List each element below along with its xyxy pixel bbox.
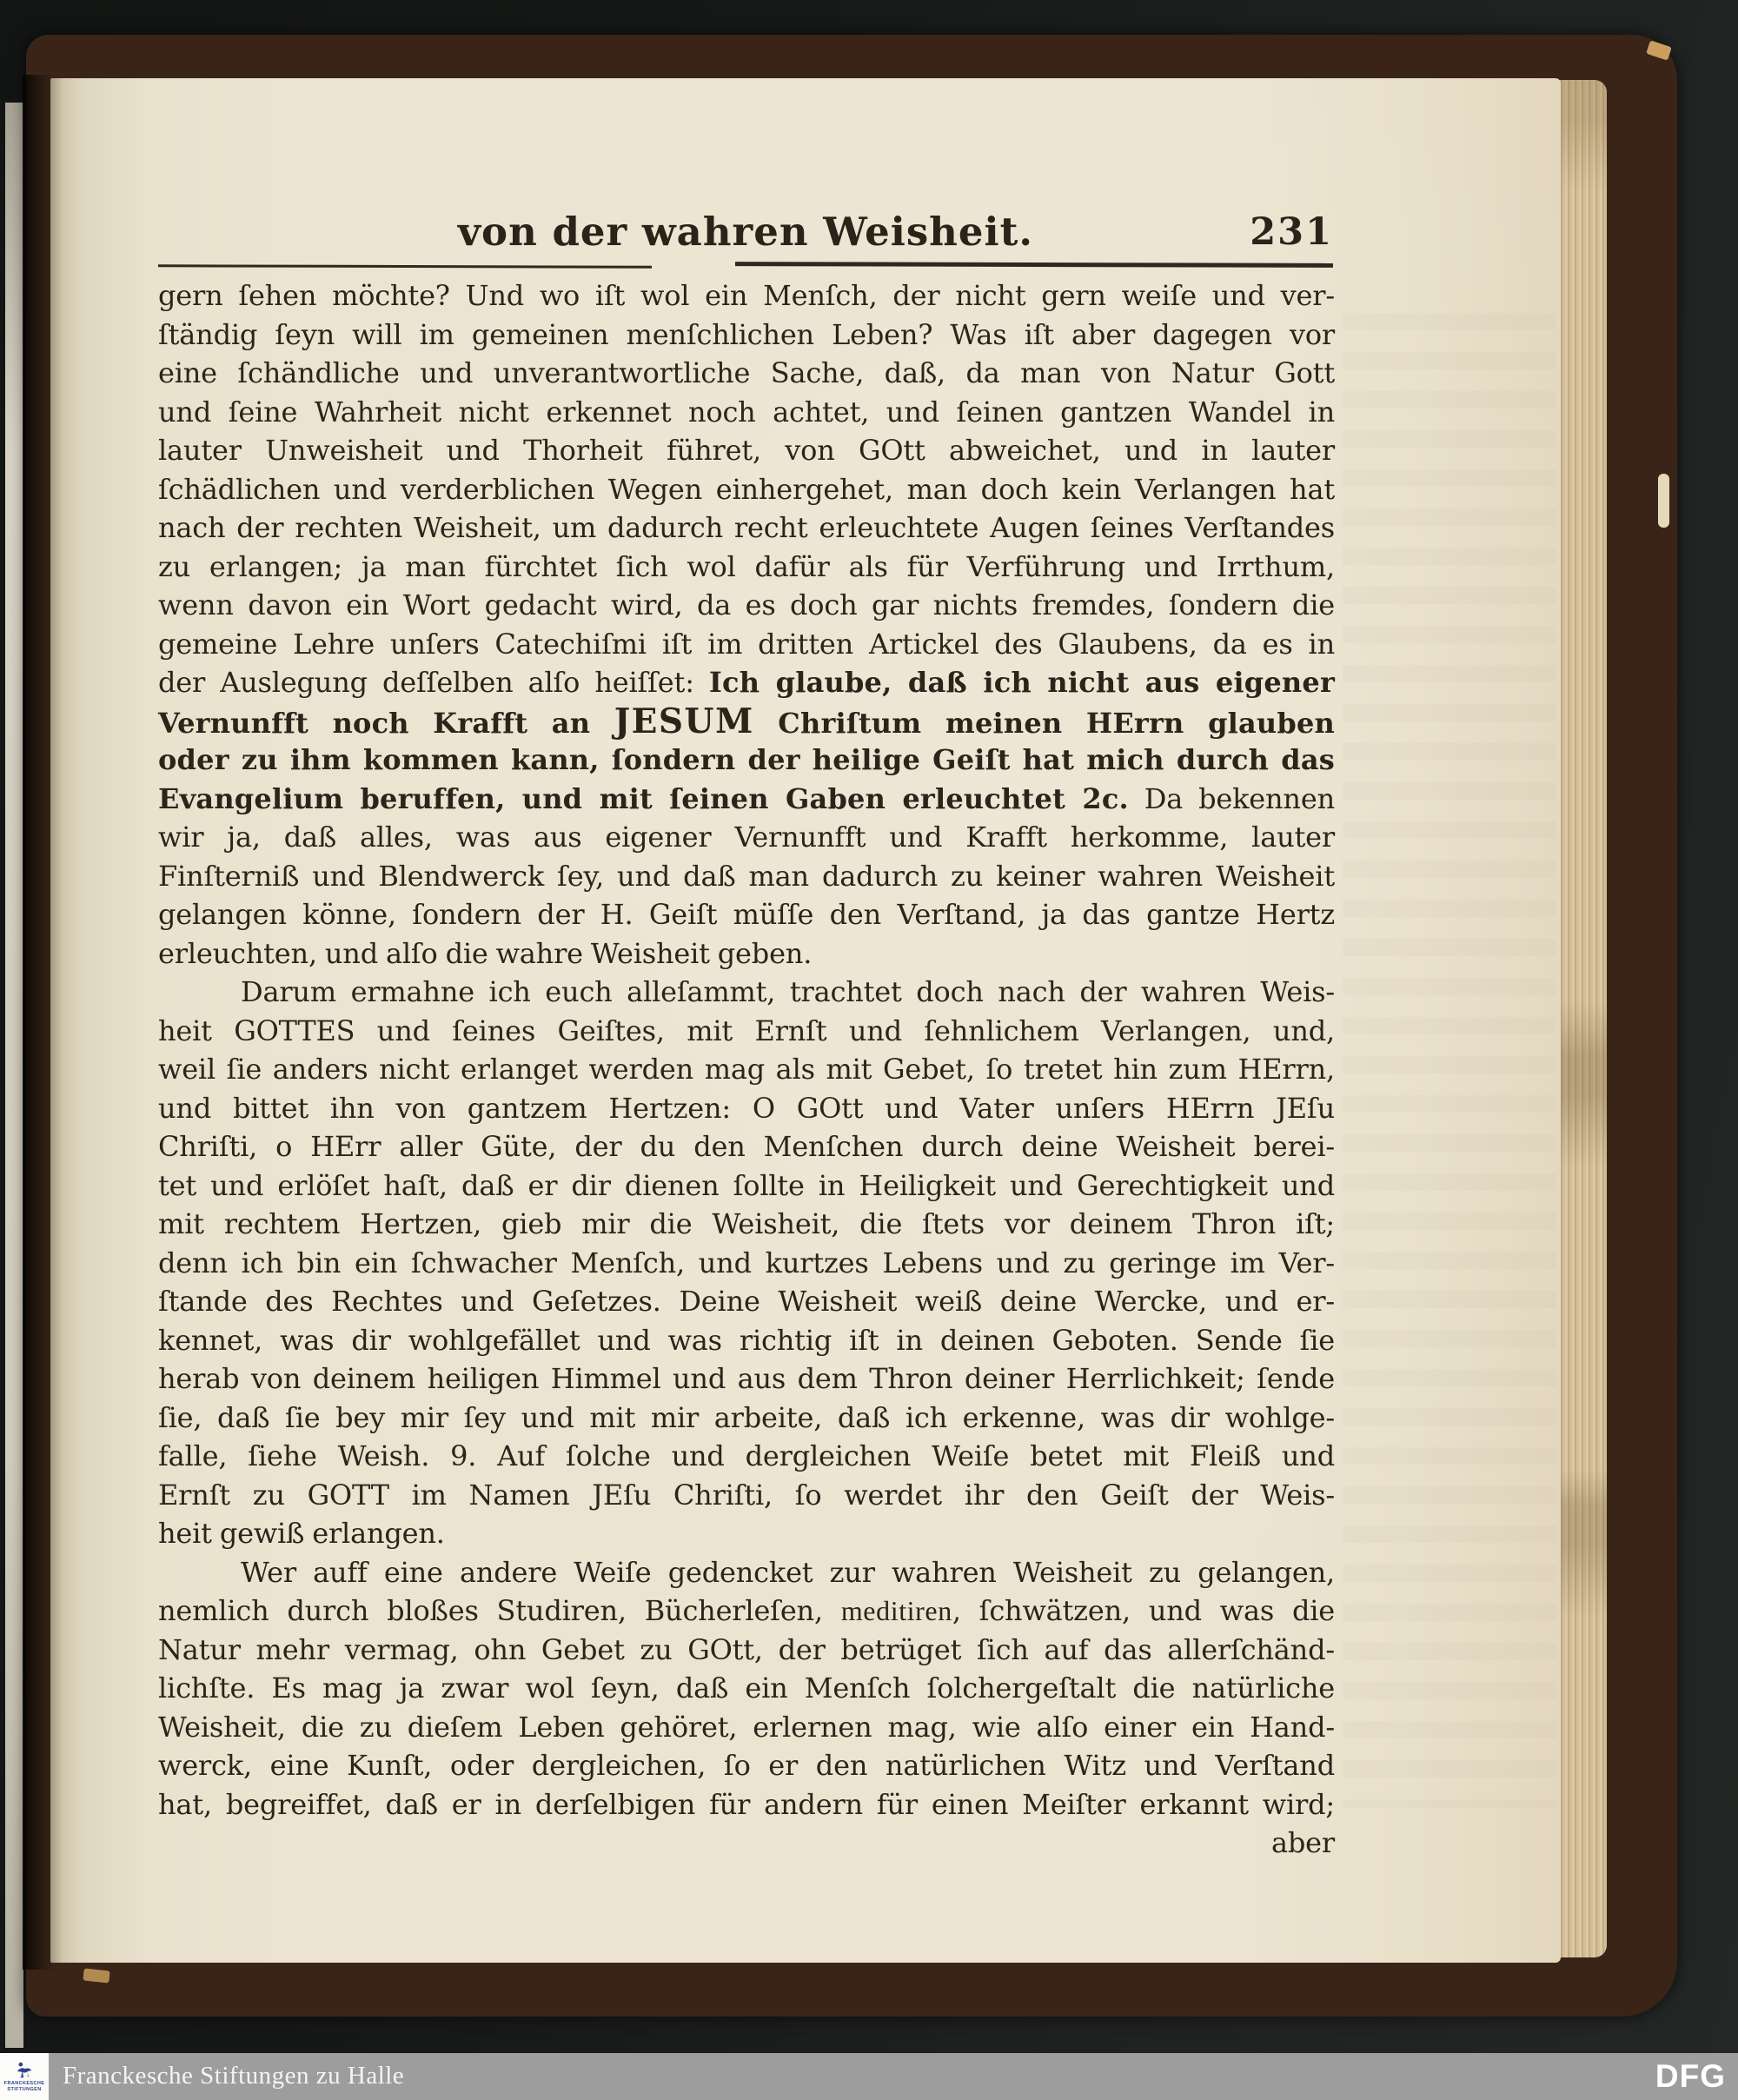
gutter-shadow: [23, 75, 63, 1970]
viewer-footer-bar: FRANCKESCHE STIFTUNGEN Franckesche Stift…: [0, 2053, 1738, 2100]
text-line: hat, begreiffet, daß er in derſelbigen f…: [158, 1785, 1335, 1824]
text-line: denn ich bin ein ſchwacher Menſch, und k…: [158, 1244, 1335, 1283]
text-line: nach der rechten Weisheit, um dadurch re…: [158, 508, 1335, 548]
library-logo-box: FRANCKESCHE STIFTUNGEN: [0, 2053, 49, 2100]
text-line: werck, eine Kunſt, oder dergleichen, ſo …: [158, 1746, 1335, 1785]
running-header-title: von der wahren Weisheit.: [158, 209, 1333, 255]
facing-page-edge: [5, 103, 23, 2048]
text-line: herab von deinem heiligen Himmel und aus…: [158, 1359, 1335, 1399]
text-line: eine ſchändliche und unverantwortliche S…: [158, 354, 1335, 393]
text-line: der Auslegung deſſelben alſo heiſſet: Ic…: [158, 663, 1335, 702]
text-line: gern ſehen möchte? Und wo iſt wol ein Me…: [158, 276, 1335, 316]
text-line: mit rechtem Hertzen, gieb mir die Weishe…: [158, 1205, 1335, 1244]
text-line: Vernunfft noch Krafft an JESUM Chriſtum …: [158, 702, 1335, 741]
text-line: und bittet ihn von gantzem Hertzen: O GO…: [158, 1089, 1335, 1128]
text-line: weil ſie anders nicht erlanget werden ma…: [158, 1050, 1335, 1089]
text-line: ſtande des Rechtes und Geſetzes. Deine W…: [158, 1282, 1335, 1321]
text-line: Ernſt zu GOTT im Namen JEſu Chriſti, ſo …: [158, 1476, 1335, 1515]
text-line: zu erlangen; ja man fürchtet ſich wol da…: [158, 548, 1335, 587]
running-header: von der wahren Weisheit. 231: [158, 209, 1333, 259]
text-line: Finſterniß und Blendwerck ſey, und daß m…: [158, 857, 1335, 896]
leather-edge-nick: [83, 1968, 109, 1983]
text-line: ſchädlichen und verderblichen Wegen einh…: [158, 470, 1335, 509]
text-line: gelangen könne, ſondern der H. Geiſt müſ…: [158, 895, 1335, 934]
text-line: tet und erlöſet haſt, daß er dir dienen …: [158, 1166, 1335, 1206]
library-credit: Franckesche Stiftungen zu Halle: [63, 2062, 404, 2090]
text-line: Weisheit, die zu dieſem Leben gehöret, e…: [158, 1708, 1335, 1747]
text-line: lichſte. Es mag ja zwar wol ſeyn, daß ei…: [158, 1669, 1335, 1708]
dfg-logo: DFG: [1655, 2058, 1726, 2095]
text-line: Natur mehr vermag, ohn Gebet zu GOtt, de…: [158, 1631, 1335, 1670]
text-line: ſtändig ſeyn will im gemeinen menſchlich…: [158, 316, 1335, 355]
text-line: oder zu ihm kommen kann, ſondern der hei…: [158, 741, 1335, 780]
text-line: falle, ſiehe Weish. 9. Auf ſolche und de…: [158, 1437, 1335, 1476]
text-line: Evangelium beruffen, und mit ſeinen Gabe…: [158, 780, 1335, 819]
photo-background: von der wahren Weisheit. 231 gern ſehen …: [0, 0, 1738, 2100]
text-line: wenn davon ein Wort gedacht wird, da es …: [158, 586, 1335, 625]
text-line: heit GOTTES und ſeines Geiſtes, mit Ernſ…: [158, 1012, 1335, 1051]
page-number: 231: [1250, 210, 1333, 254]
library-logo-caption-line2: STIFTUNGEN: [7, 2087, 41, 2093]
text-line: und ſeine Wahrheit nicht erkennet noch a…: [158, 393, 1335, 432]
text-line: Wer auff eine andere Weiſe gedencket zur…: [158, 1553, 1335, 1592]
library-logo-caption-line1: FRANCKESCHE: [4, 2081, 45, 2087]
text-line: gemeine Lehre unſers Catechiſmi iſt im d…: [158, 625, 1335, 664]
text-line: kennet, was dir wohlgefället und was ric…: [158, 1321, 1335, 1360]
text-line: Darum ermahne ich euch alleſammt, tracht…: [158, 973, 1335, 1012]
eagle-sun-icon: [15, 2061, 34, 2080]
text-line: Chriſti, o HErr aller Güte, der du den M…: [158, 1127, 1335, 1166]
body-text: gern ſehen möchte? Und wo iſt wol ein Me…: [158, 276, 1335, 1863]
text-line: erleuchten, und alſo die wahre Weisheit …: [158, 934, 1335, 974]
verso-bleed-through: [1343, 313, 1556, 1808]
leather-edge-nick: [1658, 474, 1669, 528]
text-line: ſie, daß ſie bey mir ſey und mit mir arb…: [158, 1399, 1335, 1438]
text-line: lauter Unweisheit und Thorheit führet, v…: [158, 431, 1335, 470]
text-line: heit gewiß erlangen.: [158, 1514, 1335, 1553]
catchword: aber: [158, 1824, 1335, 1863]
text-line: wir ja, daß alles, was aus eigener Vernu…: [158, 818, 1335, 857]
text-line: nemlich durch bloßes Studiren, Bücherleſ…: [158, 1592, 1335, 1631]
fore-edge-pages: [1558, 80, 1607, 1957]
